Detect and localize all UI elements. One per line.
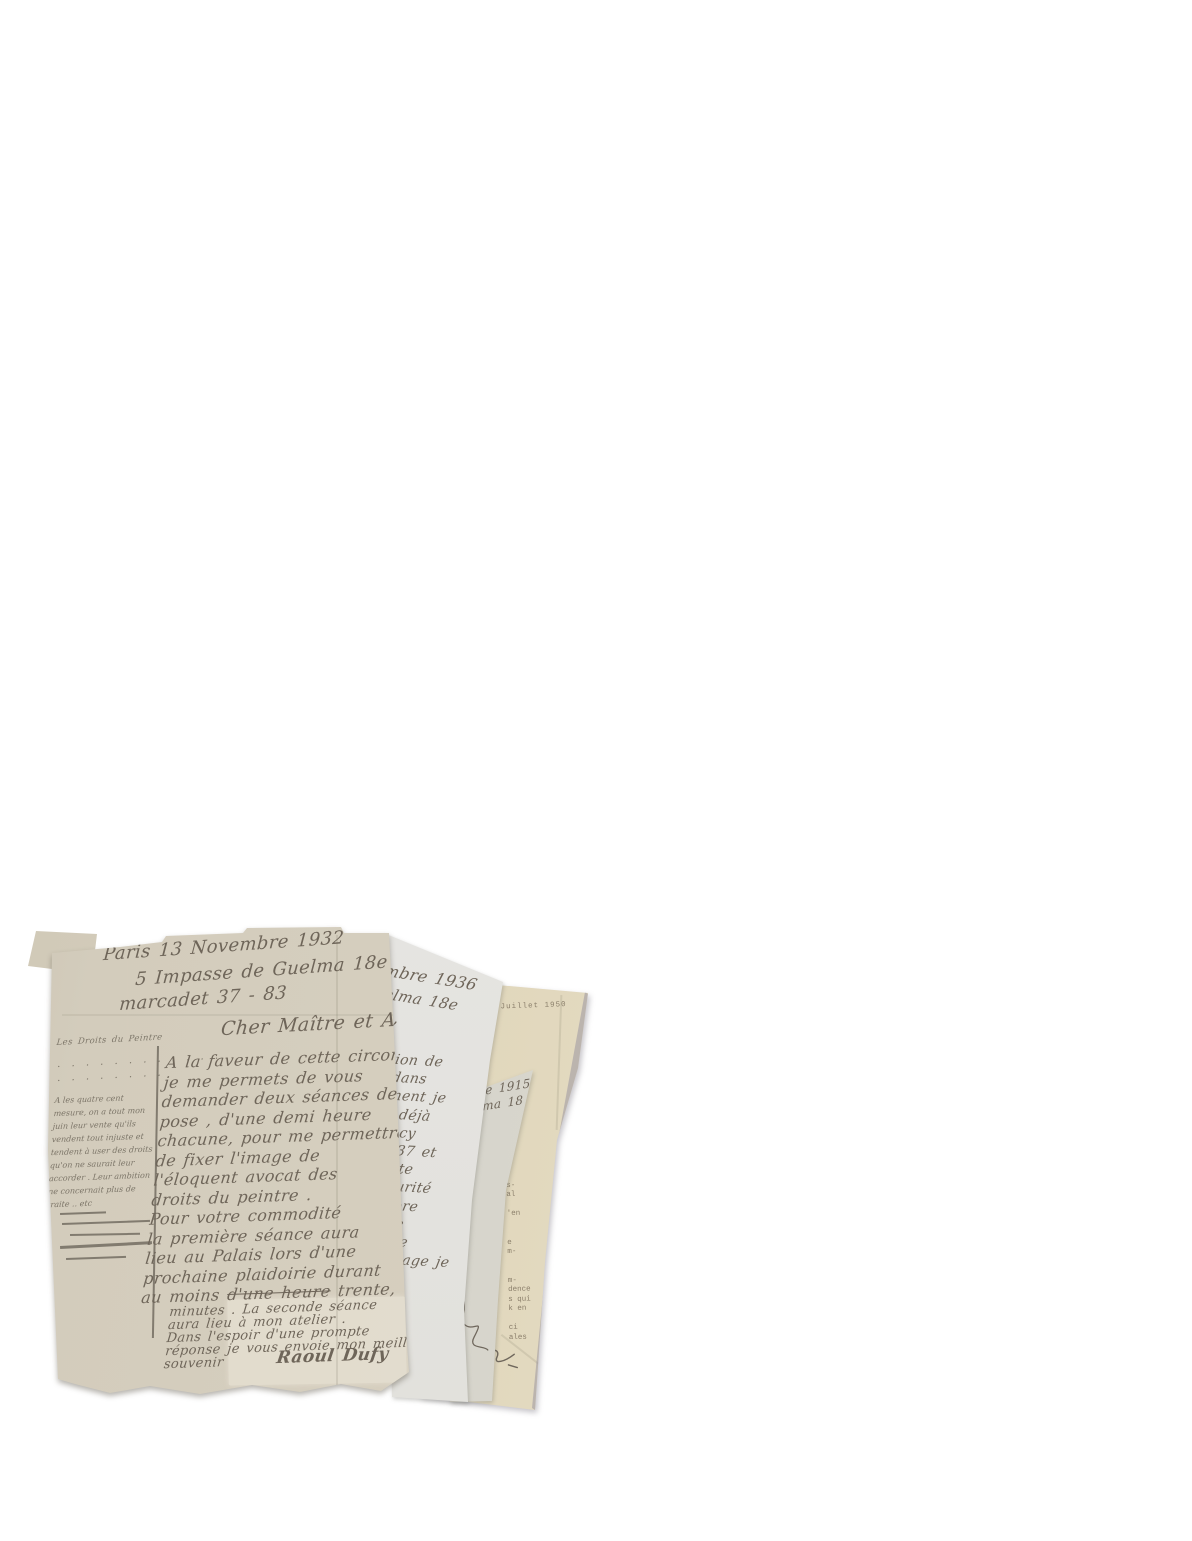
pencil-scribble [70,1233,140,1236]
margin-title: Les Droits du Peintre [56,1032,163,1048]
margin-dotted-line: · · · · · · · · [57,1070,164,1087]
letter-1932-paper: Paris 13 Novembre 1932 5 Impasse de Guel… [0,0,1192,1541]
letter-1932-signature: Raoul Dufy [275,1344,390,1368]
letter-1932-salutation: Cher Maître et Ami [220,1008,422,1041]
pencil-scribble [62,1220,150,1225]
pencil-underline [60,1211,106,1214]
edge-tick-mark [41,1040,44,1047]
pencil-scribble [66,1256,126,1260]
margin-note: A les quatre centmesure, on a tout monju… [47,1090,157,1211]
edge-tick-mark [42,1008,45,1015]
letter-sheet-1932: Paris 13 Novembre 1932 5 Impasse de Guel… [0,0,1192,1541]
photo-of-letters: 27 Juillet 1950 ·s-al'enem-m-dences quik… [0,0,1192,1541]
pencil-scribble [60,1241,152,1248]
margin-note-line: traite .. etc [47,1195,150,1212]
letter-1932-body: A la faveur de cette circonstanceje me p… [140,1043,457,1308]
